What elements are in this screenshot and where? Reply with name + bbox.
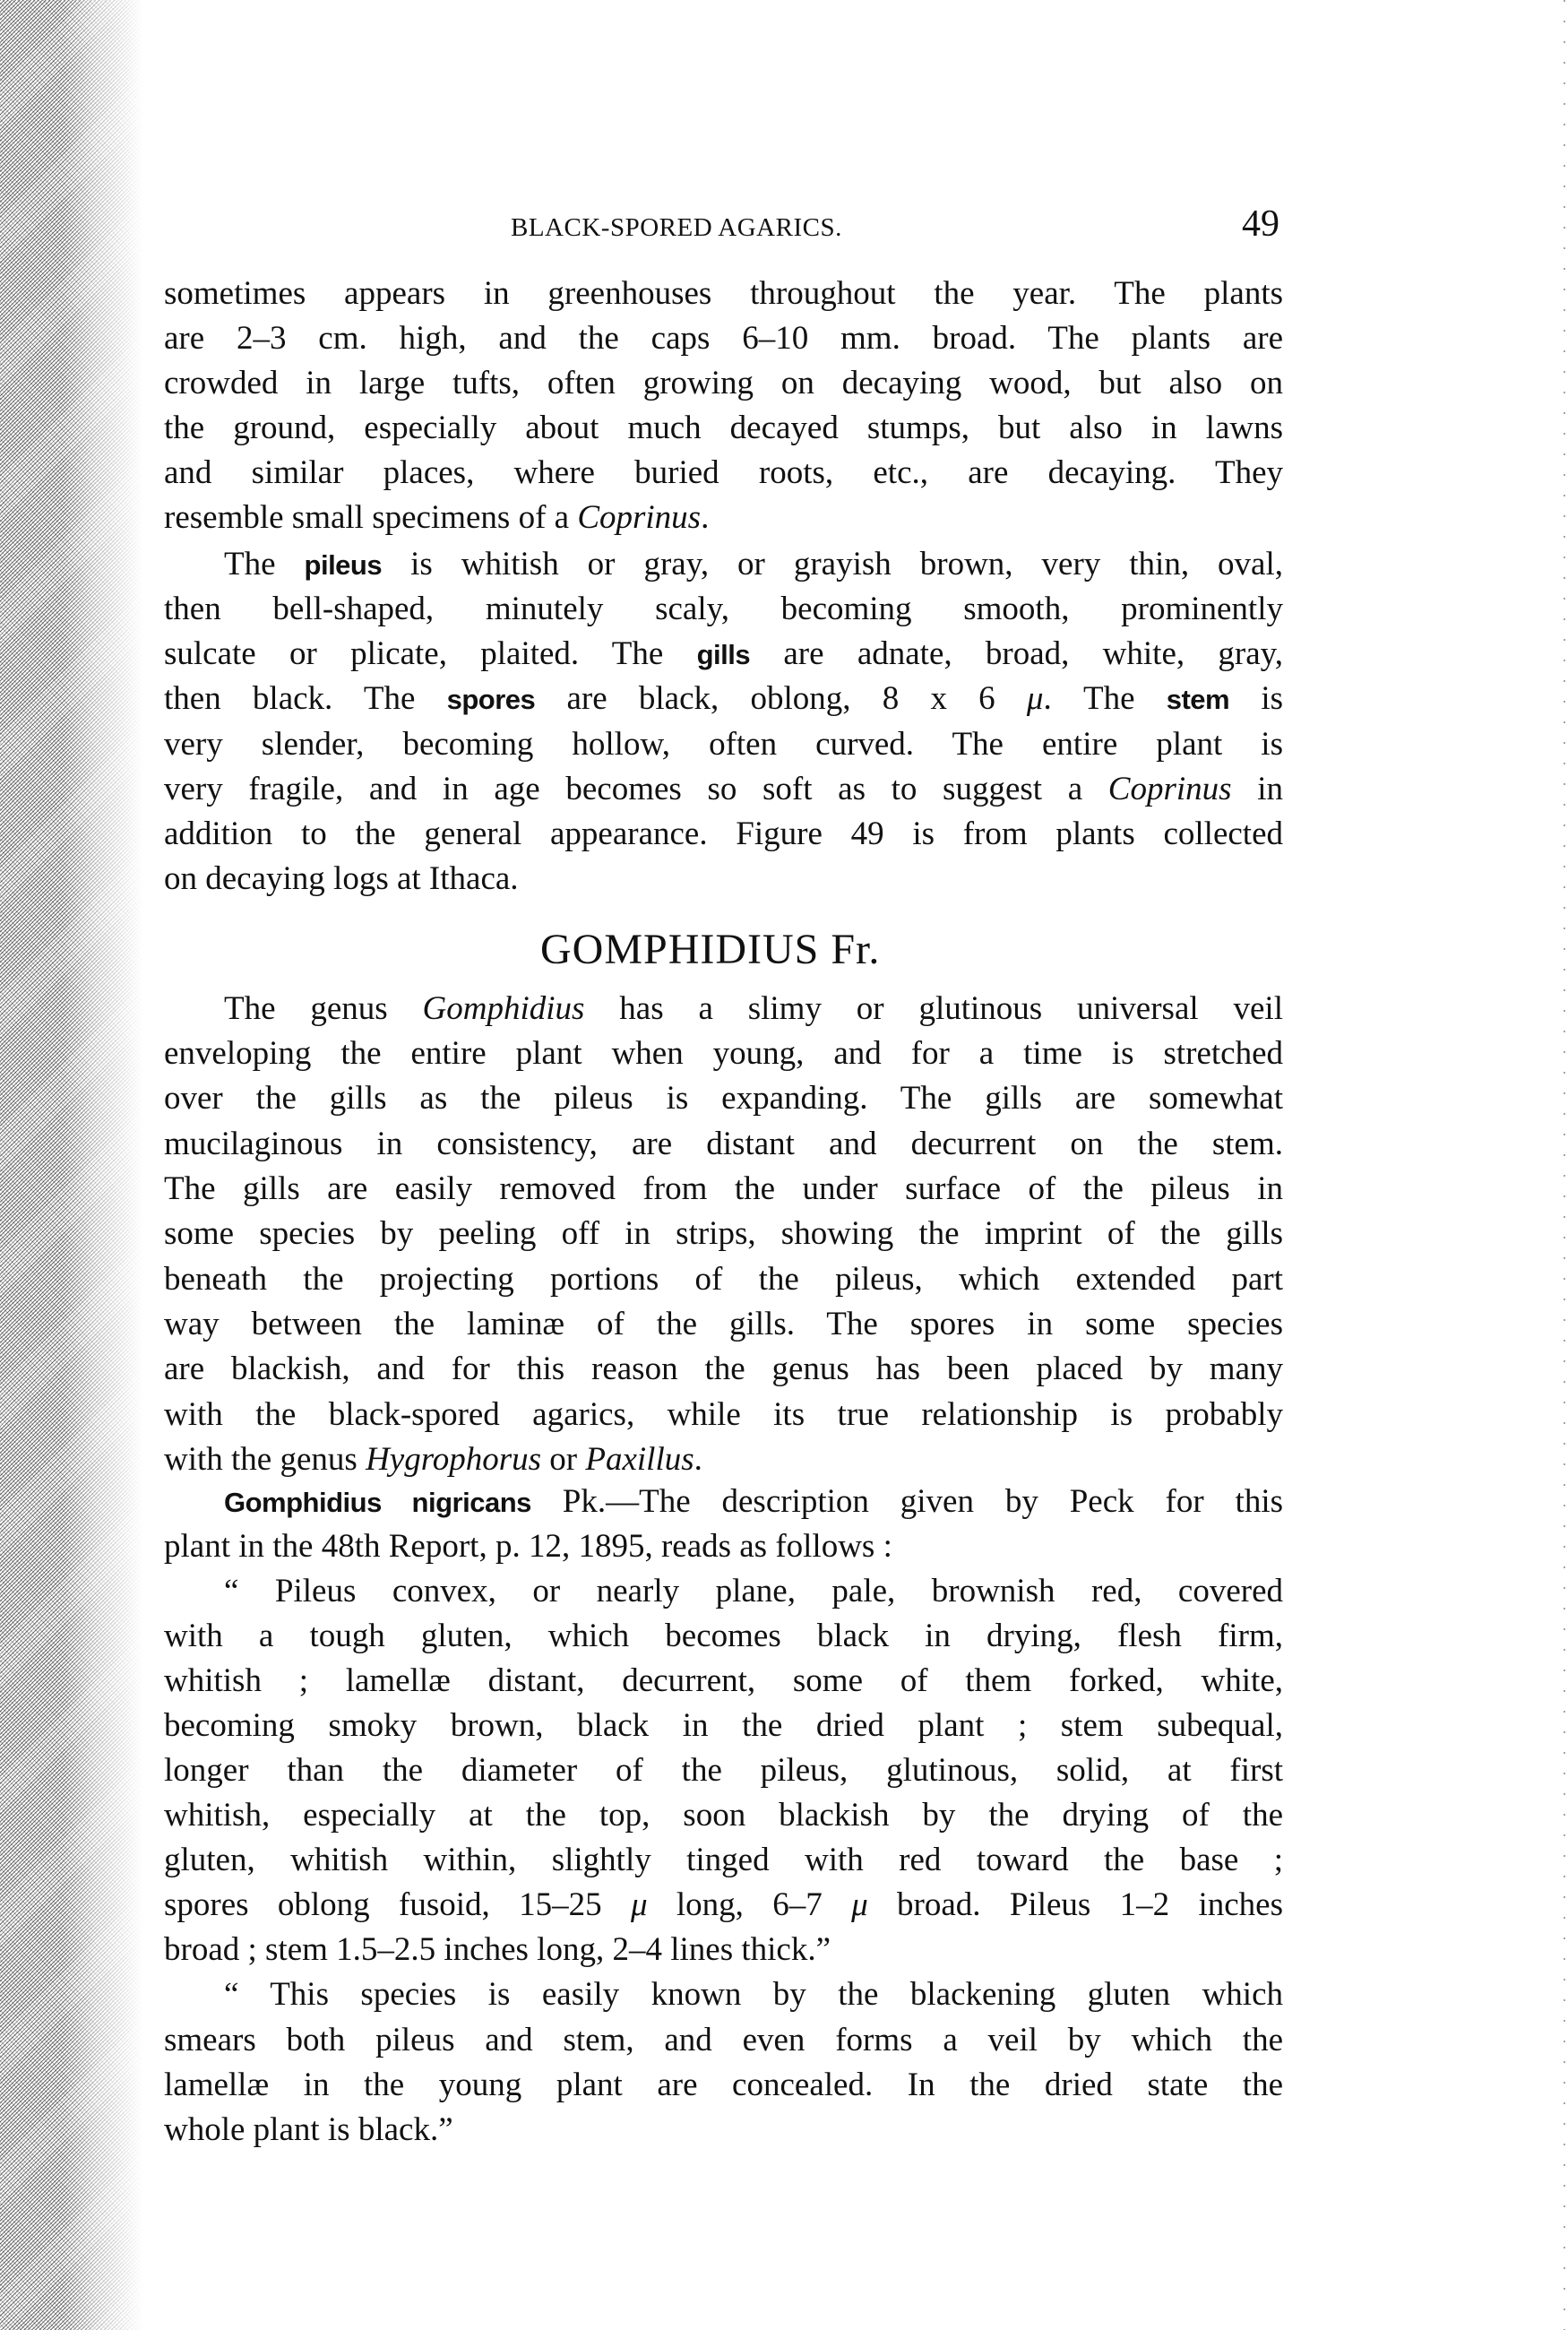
text-run: gluten, whitish within, slightly tinged … bbox=[164, 1842, 1283, 1878]
text-line: over the gills as the pileus is expandin… bbox=[164, 1076, 1283, 1121]
text-run: and similar places, where buried roots, … bbox=[164, 454, 1283, 491]
text-run: spores oblong fusoid, 15–25 bbox=[164, 1886, 631, 1923]
text-run: longer than the diameter of the pileus, … bbox=[164, 1752, 1283, 1789]
scanned-page-edge-shading bbox=[0, 0, 152, 2330]
text-run: very fragile, and in age becomes so soft… bbox=[164, 771, 1108, 807]
text-line: way between the laminæ of the gills. The… bbox=[164, 1302, 1283, 1347]
text-run: “ Pileus convex, or nearly plane, pale, … bbox=[224, 1573, 1283, 1609]
bold-term: pileus bbox=[305, 549, 383, 581]
text-run: some species by peeling off in strips, s… bbox=[164, 1215, 1283, 1252]
text-line: becoming smoky brown, black in the dried… bbox=[164, 1704, 1283, 1748]
text-line: resemble small specimens of a Coprinus. bbox=[164, 496, 1283, 540]
text-line: then black. The spores are black, oblong… bbox=[164, 677, 1283, 721]
text-run: with the genus bbox=[164, 1441, 366, 1478]
text-line: spores oblong fusoid, 15–25 μ long, 6–7 … bbox=[164, 1883, 1283, 1928]
text-line: lamellæ in the young plant are concealed… bbox=[164, 2063, 1283, 2108]
text-run: sometimes appears in greenhouses through… bbox=[164, 275, 1283, 312]
text-line: gluten, whitish within, slightly tinged … bbox=[164, 1838, 1283, 1883]
text-run: are adnate, broad, white, gray, bbox=[750, 635, 1283, 672]
text-line: sulcate or plicate, plaited. The gills a… bbox=[164, 632, 1283, 677]
text-run: sulcate or plicate, plaited. The bbox=[164, 635, 697, 672]
text-run: in bbox=[1232, 771, 1283, 807]
text-run: resemble small specimens of a bbox=[164, 499, 577, 536]
text-run: then black. The bbox=[164, 680, 447, 717]
bold-term: stem bbox=[1167, 684, 1229, 715]
text-run: enveloping the entire plant when young, … bbox=[164, 1035, 1283, 1072]
text-line: broad ; stem 1.5–2.5 inches long, 2–4 li… bbox=[164, 1928, 1283, 1972]
bold-term: Gomphidius nigricans bbox=[224, 1487, 531, 1518]
text-run: “ This species is easily known by the bl… bbox=[224, 1976, 1283, 2013]
text-line: longer than the diameter of the pileus, … bbox=[164, 1748, 1283, 1793]
text-run: are black, oblong, 8 x 6 bbox=[535, 680, 1027, 717]
italic-term: Coprinus bbox=[1108, 771, 1232, 807]
text-run: on decaying logs at Ithaca. bbox=[164, 860, 519, 897]
italic-term: Coprinus bbox=[577, 499, 701, 536]
text-line: with the black-spored agarics, while its… bbox=[164, 1393, 1283, 1437]
text-run: long, 6–7 bbox=[648, 1886, 852, 1923]
text-run: beneath the projecting portions of the p… bbox=[164, 1261, 1283, 1298]
running-head: BLACK-SPORED AGARICS. bbox=[511, 211, 934, 244]
text-run: mucilaginous in consistency, are distant… bbox=[164, 1126, 1283, 1162]
text-line: smears both pileus and stem, and even fo… bbox=[164, 2018, 1283, 2063]
text-line: whitish ; lamellæ distant, decurrent, so… bbox=[164, 1659, 1283, 1704]
text-line: plant in the 48th Report, p. 12, 1895, r… bbox=[164, 1524, 1283, 1569]
text-run: . The bbox=[1044, 680, 1167, 717]
text-line: some species by peeling off in strips, s… bbox=[164, 1212, 1283, 1256]
italic-term: μ bbox=[1027, 680, 1044, 717]
text-run: addition to the general appearance. Figu… bbox=[164, 815, 1283, 852]
text-run: whitish, especially at the top, soon bla… bbox=[164, 1797, 1283, 1834]
text-line: “ This species is easily known by the bl… bbox=[224, 1972, 1283, 2017]
text-run: then bell-shaped, minutely scaly, becomi… bbox=[164, 591, 1283, 627]
italic-term: Gomphidius bbox=[423, 990, 585, 1027]
text-run: The bbox=[224, 546, 305, 582]
italic-term: Hygrophorus bbox=[366, 1441, 541, 1478]
text-run: over the gills as the pileus is expandin… bbox=[164, 1080, 1283, 1117]
text-run: broad ; stem 1.5–2.5 inches long, 2–4 li… bbox=[164, 1931, 831, 1968]
text-line: The genus Gomphidius has a slimy or glut… bbox=[224, 987, 1283, 1031]
text-run: plant in the 48th Report, p. 12, 1895, r… bbox=[164, 1528, 892, 1565]
text-line: then bell-shaped, minutely scaly, becomi… bbox=[164, 587, 1283, 632]
text-line: The gills are easily removed from the un… bbox=[164, 1167, 1283, 1212]
text-line: are blackish, and for this reason the ge… bbox=[164, 1347, 1283, 1392]
text-line: The pileus is whitish or gray, or grayis… bbox=[224, 542, 1283, 587]
text-line: Gomphidius nigricans Pk.—The description… bbox=[224, 1480, 1283, 1524]
text-run: way between the laminæ of the gills. The… bbox=[164, 1306, 1283, 1342]
text-line: the ground, especially about much decaye… bbox=[164, 406, 1283, 451]
text-line: very slender, becoming hollow, often cur… bbox=[164, 722, 1283, 767]
text-run: has a slimy or glutinous universal veil bbox=[584, 990, 1283, 1027]
text-line: mucilaginous in consistency, are distant… bbox=[164, 1122, 1283, 1167]
text-line: on decaying logs at Ithaca. bbox=[164, 857, 1283, 902]
text-line: are 2–3 cm. high, and the caps 6–10 mm. … bbox=[164, 316, 1283, 361]
italic-term: μ bbox=[851, 1886, 868, 1923]
text-run: . bbox=[701, 499, 709, 536]
text-line: with a tough gluten, which becomes black… bbox=[164, 1614, 1283, 1659]
italic-term: Paxillus bbox=[585, 1441, 694, 1478]
bold-term: spores bbox=[447, 684, 536, 715]
text-line: with the genus Hygrophorus or Paxillus. bbox=[164, 1437, 1283, 1482]
text-line: and similar places, where buried roots, … bbox=[164, 451, 1283, 496]
bold-term: gills bbox=[697, 639, 751, 670]
text-line: very fragile, and in age becomes so soft… bbox=[164, 767, 1283, 812]
text-run: are 2–3 cm. high, and the caps 6–10 mm. … bbox=[164, 320, 1283, 357]
text-run: with a tough gluten, which becomes black… bbox=[164, 1618, 1283, 1654]
italic-term: μ bbox=[631, 1886, 648, 1923]
text-run: smears both pileus and stem, and even fo… bbox=[164, 2022, 1283, 2058]
text-line: whitish, especially at the top, soon bla… bbox=[164, 1793, 1283, 1838]
scan-noise-right-edge bbox=[1564, 0, 1565, 2330]
text-run: The genus bbox=[224, 990, 423, 1027]
text-line: beneath the projecting portions of the p… bbox=[164, 1257, 1283, 1302]
text-line: crowded in large tufts, often growing on… bbox=[164, 361, 1283, 406]
text-run: becoming smoky brown, black in the dried… bbox=[164, 1707, 1283, 1744]
text-line: enveloping the entire plant when young, … bbox=[164, 1031, 1283, 1076]
text-line: “ Pileus convex, or nearly plane, pale, … bbox=[224, 1569, 1283, 1614]
text-run: broad. Pileus 1–2 inches bbox=[868, 1886, 1283, 1923]
text-run: with the black-spored agarics, while its… bbox=[164, 1396, 1283, 1433]
text-run: very slender, becoming hollow, often cur… bbox=[164, 726, 1283, 763]
page-number: 49 bbox=[1242, 204, 1279, 244]
text-run: whitish ; lamellæ distant, decurrent, so… bbox=[164, 1662, 1283, 1699]
text-line: sometimes appears in greenhouses through… bbox=[164, 272, 1283, 316]
text-run: whole plant is black.” bbox=[164, 2111, 453, 2148]
text-run: Pk.—The description given by Peck for th… bbox=[531, 1483, 1283, 1520]
text-run: or bbox=[541, 1441, 585, 1478]
text-run: is bbox=[1229, 680, 1283, 717]
text-line: whole plant is black.” bbox=[164, 2108, 1283, 2153]
text-run: the ground, especially about much decaye… bbox=[164, 410, 1283, 446]
text-run: is whitish or gray, or grayish brown, ve… bbox=[382, 546, 1283, 582]
text-run: . bbox=[694, 1441, 702, 1478]
text-run: are blackish, and for this reason the ge… bbox=[164, 1351, 1283, 1387]
text-line: addition to the general appearance. Figu… bbox=[164, 812, 1283, 857]
text-run: crowded in large tufts, often growing on… bbox=[164, 365, 1283, 401]
text-run: The gills are easily removed from the un… bbox=[164, 1170, 1283, 1207]
text-run: lamellæ in the young plant are concealed… bbox=[164, 2067, 1283, 2103]
section-title: GOMPHIDIUS Fr. bbox=[540, 925, 911, 975]
